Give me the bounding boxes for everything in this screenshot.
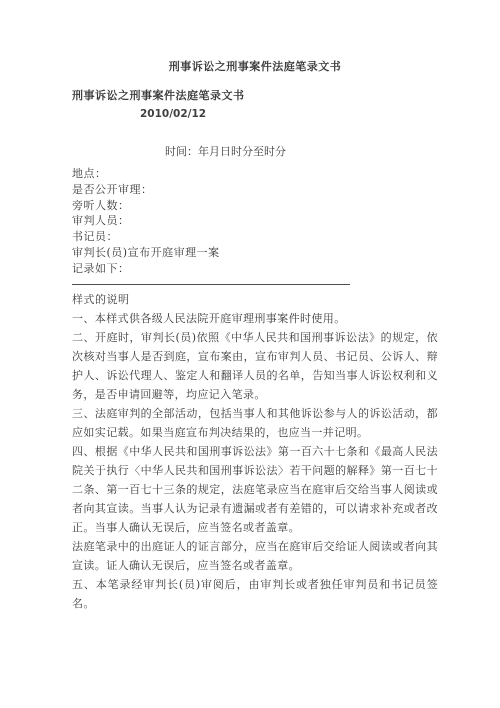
field-audience-count: 旁听人数： [72, 198, 438, 214]
note-paragraph-2: 二、开庭时，审判长(员)依照《中华人民共和国刑事诉讼法》的规定，依次核对当事人是… [72, 328, 438, 404]
document-heading: 刑事诉讼之刑事案件法庭笔录文书 [72, 89, 438, 102]
field-clerk: 书记员： [72, 229, 438, 245]
field-public-trial: 是否公开审理： [72, 182, 438, 198]
note-paragraph-4: 四、根据《中华人民共和国刑事诉讼法》第一百六十七条和《最高人民法院关于执行〈中华… [72, 442, 438, 537]
field-announcement: 审判长(员)宣布开庭审理一案 [72, 245, 438, 261]
document-date: 2010/02/12 [140, 108, 438, 121]
field-judges: 审判人员： [72, 213, 438, 229]
note-paragraph-5: 五、本笔录经审判长(员)审阅后，由审判长或者独任审判员和书记员签名。 [72, 575, 438, 613]
record-blank-line [72, 284, 350, 285]
time-line: 时间：年月日时分至时分 [165, 144, 438, 159]
note-paragraph-1: 一、本样式供各级人民法院开庭审理刑事案件时使用。 [72, 309, 438, 328]
note-paragraph-witness: 法庭笔录中的出庭证人的证言部分，应当在庭审后交给证人阅读或者向其宣读。证人确认无… [72, 537, 438, 575]
field-location: 地点： [72, 166, 438, 182]
note-paragraph-3: 三、法庭审判的全部活动，包括当事人和其他诉讼参与人的诉讼活动，都应如实记载。如果… [72, 404, 438, 442]
document-page: 刑事诉讼之刑事案件法庭笔录文书 刑事诉讼之刑事案件法庭笔录文书 2010/02/… [0, 0, 500, 708]
field-lines: 地点： 是否公开审理： 旁听人数： 审判人员： 书记员： 审判长(员)宣布开庭审… [72, 166, 438, 277]
notes-heading: 样式的说明 [72, 290, 438, 309]
document-top-title: 刑事诉讼之刑事案件法庭笔录文书 [72, 60, 438, 73]
field-record-follows: 记录如下： [72, 261, 438, 277]
